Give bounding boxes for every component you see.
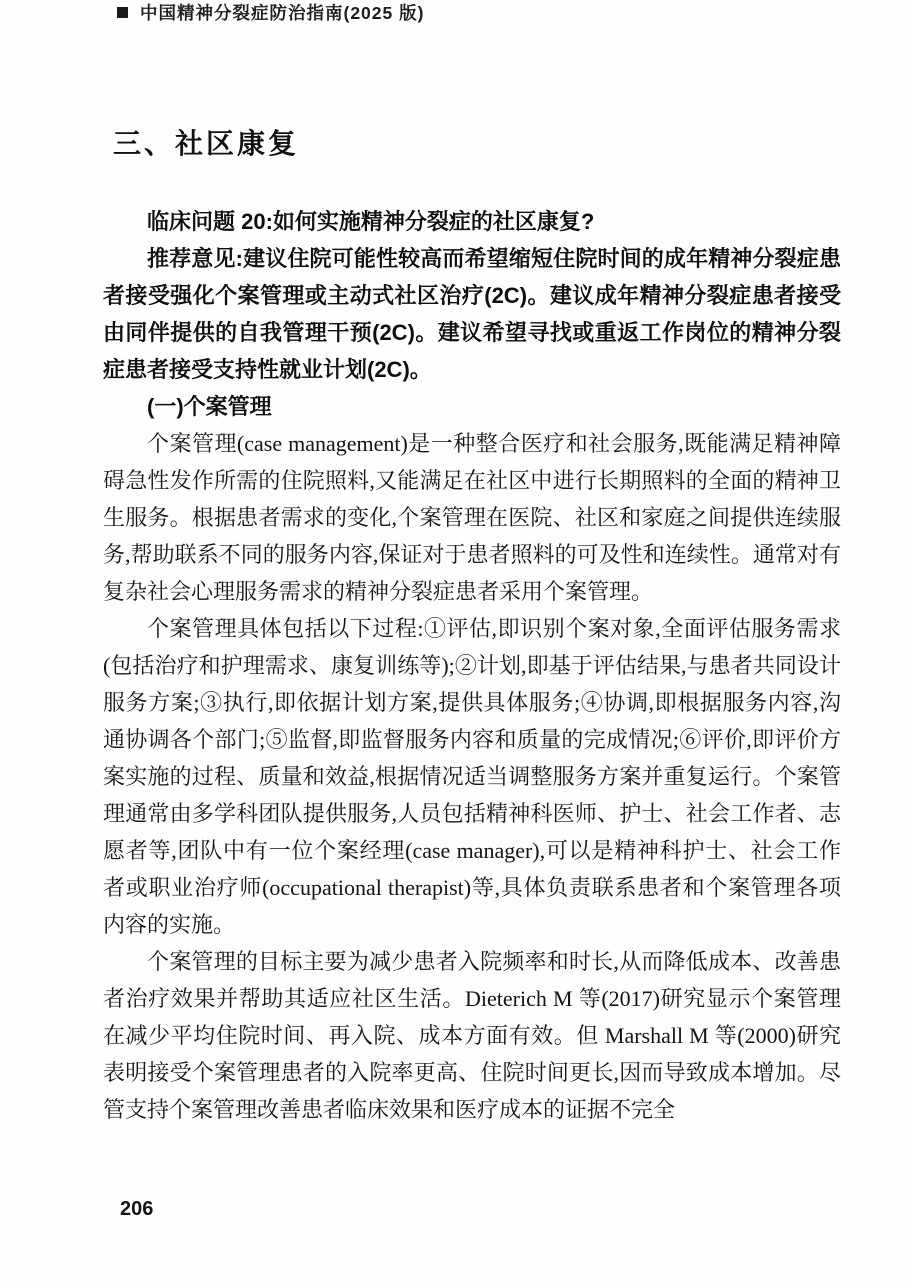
running-header-title: 中国精神分裂症防治指南(2025 版) bbox=[140, 0, 424, 25]
section-title: 三、社区康复 bbox=[113, 122, 299, 162]
subsection-title: (一)个案管理 bbox=[103, 388, 841, 425]
recommendation-paragraph: 推荐意见:建议住院可能性较高而希望缩短住院时间的成年精神分裂症患者接受强化个案管… bbox=[103, 240, 841, 388]
running-header: 中国精神分裂症防治指南(2025 版) bbox=[117, 0, 424, 25]
page-content: 临床问题 20:如何实施精神分裂症的社区康复? 推荐意见:建议住院可能性较高而希… bbox=[103, 203, 841, 1128]
document-page: 中国精神分裂症防治指南(2025 版) 三、社区康复 临床问题 20:如何实施精… bbox=[0, 0, 910, 1288]
page-number: 206 bbox=[120, 1198, 153, 1221]
body-paragraph-2: 个案管理具体包括以下过程:①评估,即识别个案对象,全面评估服务需求(包括治疗和护… bbox=[103, 610, 841, 943]
body-paragraph-3: 个案管理的目标主要为减少患者入院频率和时长,从而降低成本、改善患者治疗效果并帮助… bbox=[103, 943, 841, 1128]
clinical-question: 临床问题 20:如何实施精神分裂症的社区康复? bbox=[103, 203, 841, 240]
black-square-icon bbox=[117, 7, 128, 18]
body-paragraph-1: 个案管理(case management)是一种整合医疗和社会服务,既能满足精神… bbox=[103, 425, 841, 610]
